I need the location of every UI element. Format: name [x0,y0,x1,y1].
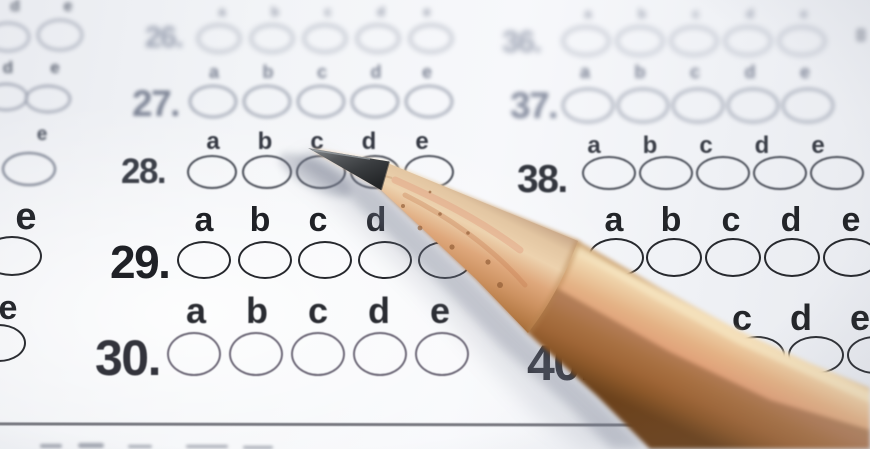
answer-sheet-photo: 26.abcde27.abcde28.abcde29.abcde30.abcde… [0,0,870,449]
pencil [0,0,870,449]
